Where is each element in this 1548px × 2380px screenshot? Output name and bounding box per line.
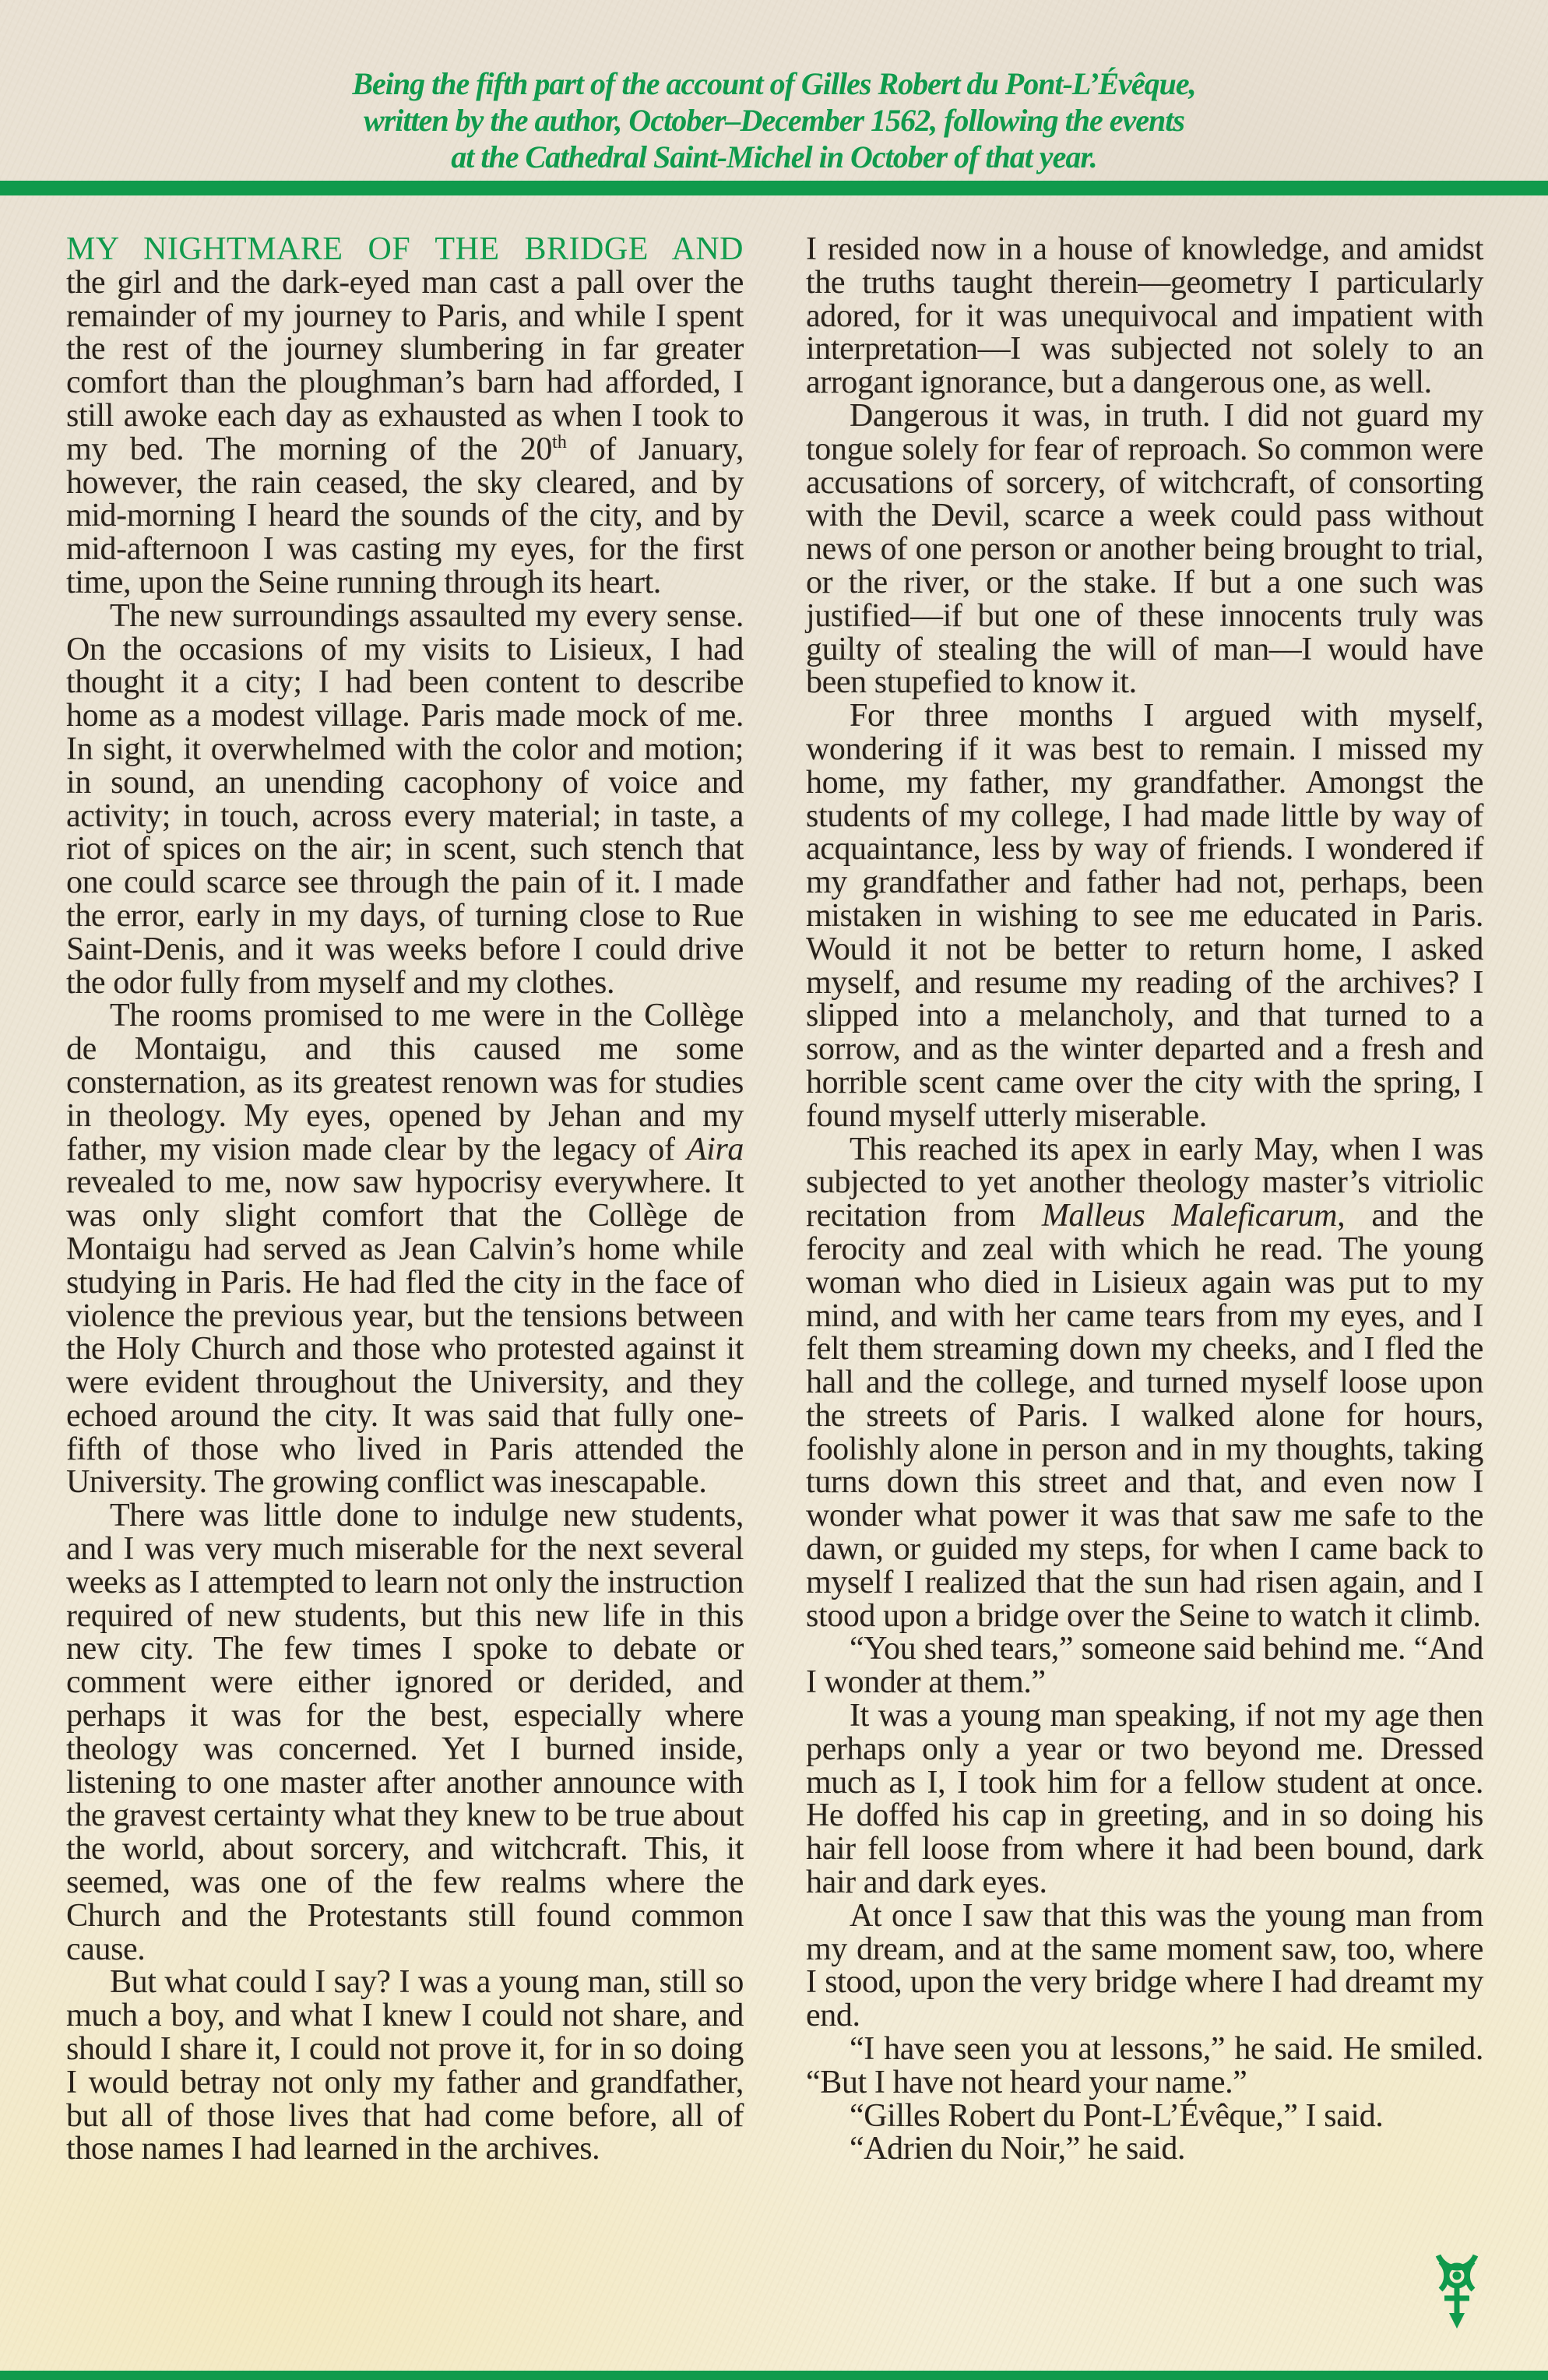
paragraph: I resided now in a house of knowledge, a… (806, 233, 1483, 400)
paragraph: But what could I say? I was a young man,… (66, 1966, 744, 2166)
left-column: MY NIGHTMARE OF THE BRIDGE ANDthe girl a… (66, 233, 744, 2166)
text-columns: MY NIGHTMARE OF THE BRIDGE ANDthe girl a… (66, 233, 1483, 2166)
paragraph: Dangerous it was, in truth. I did not gu… (806, 400, 1483, 699)
section-opening-caps: MY NIGHTMARE OF THE BRIDGE AND (66, 233, 744, 266)
paragraph-text: , and the ferocity and zeal with which h… (806, 1198, 1483, 1634)
right-column: I resided now in a house of knowledge, a… (806, 233, 1483, 2166)
italic-book-title: Malleus Maleficarum (1042, 1198, 1337, 1234)
paragraph-dialogue: “Gilles Robert du Pont-L’Évêque,” I said… (806, 2100, 1483, 2133)
paragraph: This reached its apex in early May, when… (806, 1133, 1483, 1633)
ordinal-superscript: th (552, 431, 567, 452)
header-divider-rule (0, 181, 1548, 195)
page-bottom-rule (0, 2371, 1548, 2380)
masthead-line-1: Being the fifth part of the account of G… (0, 65, 1548, 102)
paragraph-text: revealed to me, now saw hypocrisy everyw… (66, 1164, 744, 1500)
masthead: Being the fifth part of the account of G… (0, 65, 1548, 175)
paragraph: For three months I argued with myself, w… (806, 699, 1483, 1132)
paragraph-dialogue: “Adrien du Noir,” he said. (806, 2132, 1483, 2166)
paragraph: The rooms promised to me were in the Col… (66, 999, 744, 1499)
paragraph: At once I saw that this was the young ma… (806, 1899, 1483, 2033)
paragraph: It was a young man speaking, if not my a… (806, 1699, 1483, 1899)
lore-page: Being the fifth part of the account of G… (0, 0, 1548, 2380)
paragraph-dialogue: “You shed tears,” someone said behind me… (806, 1632, 1483, 1699)
paragraph: The new surroundings assaulted my every … (66, 600, 744, 1000)
paragraph-dialogue: “I have seen you at lessons,” he said. H… (806, 2033, 1483, 2100)
end-of-text-sigil-icon (1431, 2248, 1483, 2332)
paragraph: There was little done to indulge new stu… (66, 1499, 744, 1966)
paragraph-text: The rooms promised to me were in the Col… (66, 998, 744, 1167)
masthead-line-3: at the Cathedral Saint-Michel in October… (0, 139, 1548, 175)
italic-term: Aira (687, 1132, 744, 1167)
paragraph: MY NIGHTMARE OF THE BRIDGE ANDthe girl a… (66, 233, 744, 600)
masthead-line-2: written by the author, October–December … (0, 102, 1548, 139)
